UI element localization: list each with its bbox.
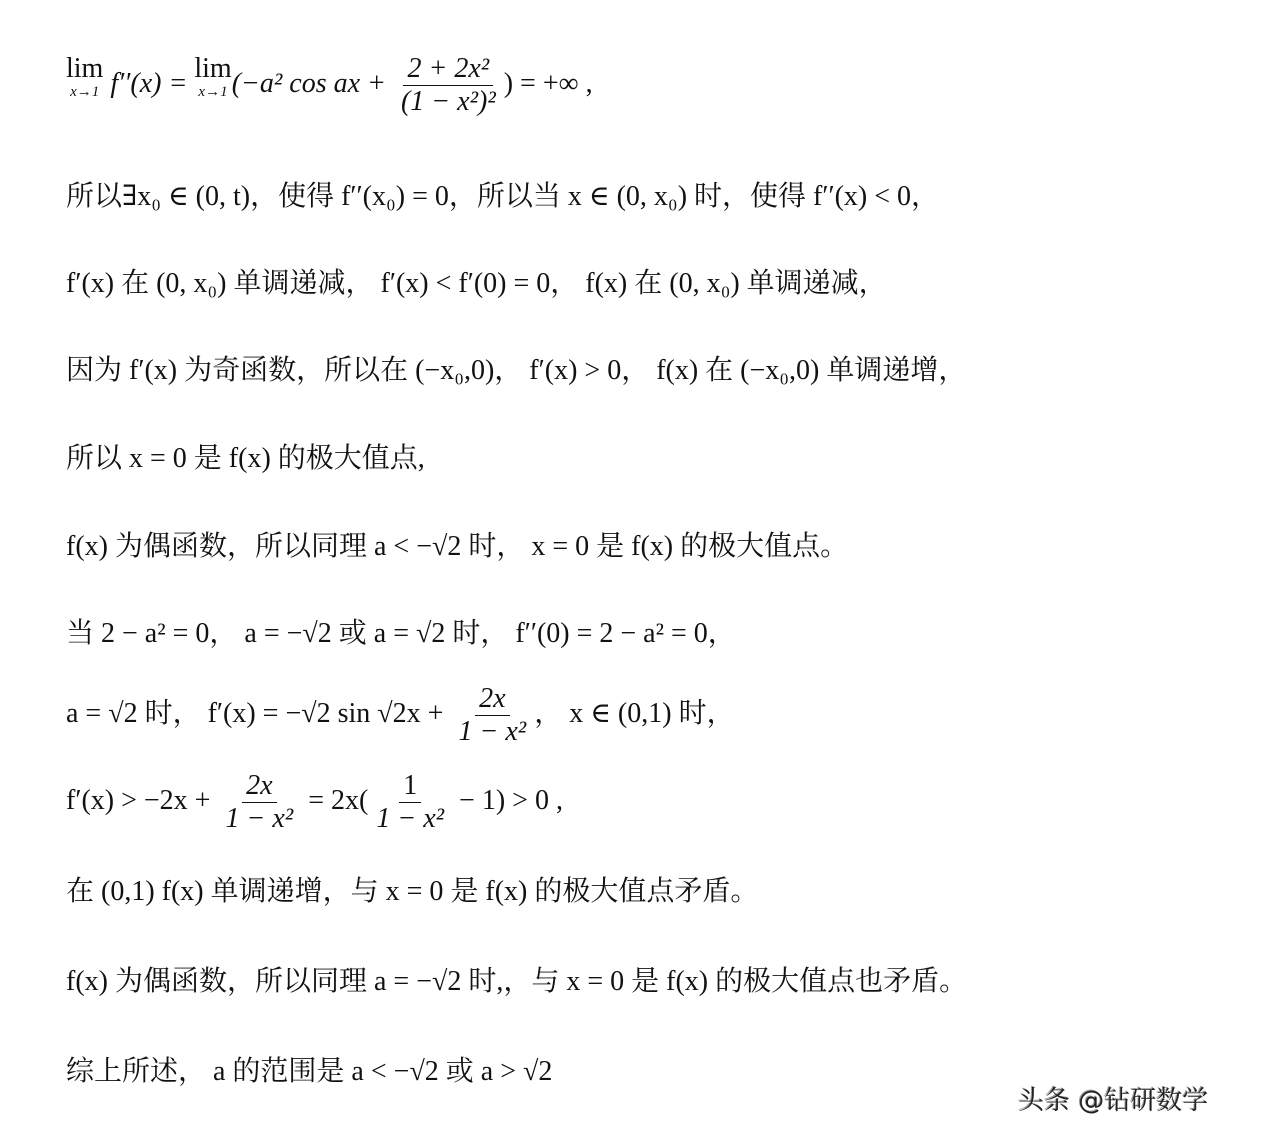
text-line-10: 在 (0,1) f(x) 单调递增，与 x = 0 是 f(x) 的极大值点矛盾… — [66, 878, 758, 906]
expr-left: f′′(x) = — [110, 68, 194, 99]
watermark: 头条 @钻研数学 — [1018, 1080, 1208, 1117]
fraction: 2 + 2x²(1 − x²)² — [397, 55, 500, 116]
lim-subscript: x→1 — [70, 85, 99, 100]
text-line-5: 所以 x = 0 是 f(x) 的极大值点, — [66, 445, 425, 473]
text-line-11: f(x) 为偶函数，所以同理 a = −√2 时,，与 x = 0 是 f(x)… — [66, 968, 967, 996]
fraction: 2x1 − x² — [454, 685, 530, 746]
text-line-12: 综上所述， a 的范围是 a < −√2 或 a > √2 — [66, 1058, 552, 1086]
text-line-3: f′(x) 在 (0, x₀) 单调递减， f′(x) < f′(0) = 0，… — [66, 270, 887, 298]
lim-label: lim — [66, 55, 103, 83]
text-line-6: f(x) 为偶函数，所以同理 a < −√2 时， x = 0 是 f(x) 的… — [66, 533, 848, 561]
expr-mid: (−a² cos ax + — [232, 68, 393, 99]
equation-line-8: a = √2 时， f′(x) = −√2 sin √2x + 2x1 − x²… — [66, 685, 735, 746]
expr-right: ) = +∞ , — [504, 68, 593, 99]
equation-limit: limx→1 f′′(x) = limx→1(−a² cos ax + 2 + … — [66, 55, 593, 116]
fraction: 11 − x² — [372, 772, 448, 833]
lim-subscript: x→1 — [198, 85, 227, 100]
text-line-4: 因为 f′(x) 为奇函数，所以在 (−x₀,0)， f′(x) > 0， f(… — [66, 357, 966, 385]
text-line-2: 所以∃x₀ ∈ (0, t)，使得 f′′(x₀) = 0，所以当 x ∈ (0… — [66, 183, 939, 211]
equation-line-9: f′(x) > −2x + 2x1 − x² = 2x(11 − x² − 1)… — [66, 772, 563, 833]
fraction: 2x1 − x² — [221, 772, 297, 833]
text-line-7: 当 2 − a² = 0， a = −√2 或 a = √2 时， f′′(0)… — [66, 620, 736, 648]
lim-label: lim — [194, 55, 231, 83]
